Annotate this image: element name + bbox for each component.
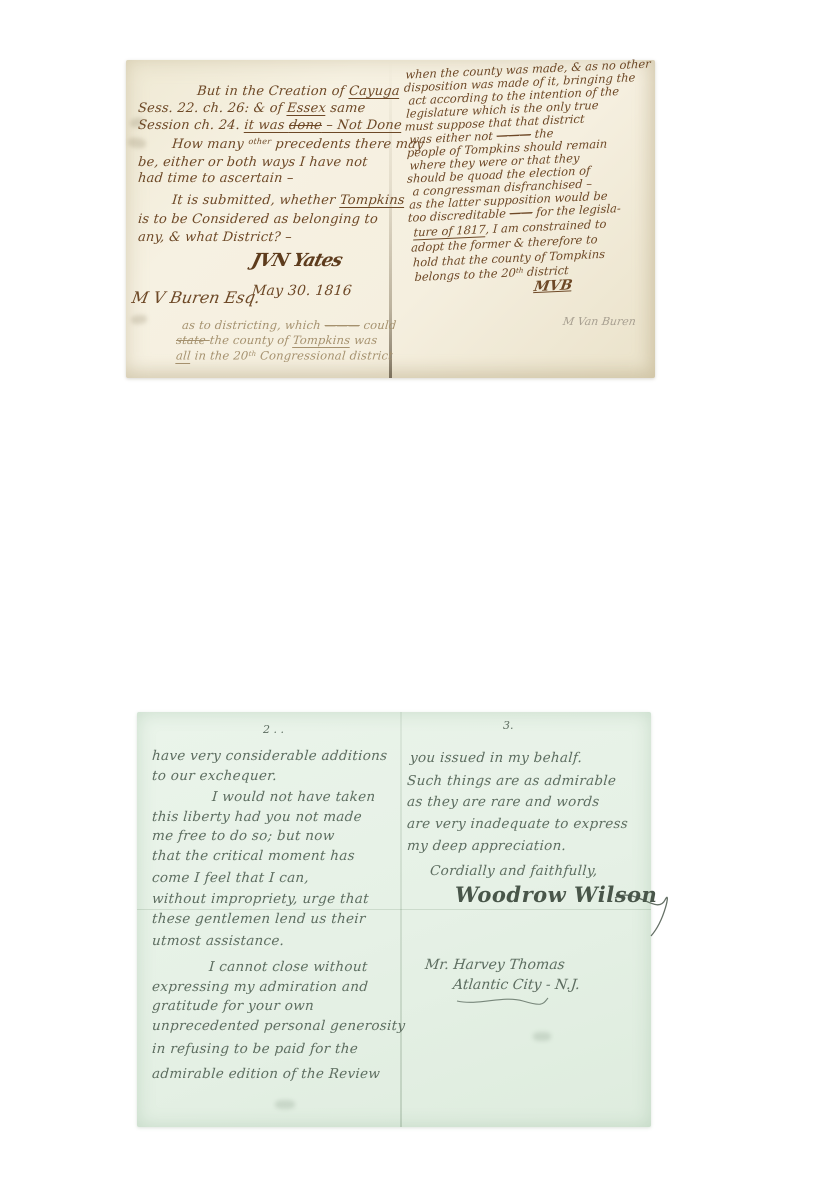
handwriting-line: But in the Creation of Cayuga bbox=[196, 85, 400, 98]
handwriting-line: in refusing to be paid for the bbox=[152, 1043, 359, 1057]
handwriting-segment: Essex bbox=[286, 101, 326, 116]
handwriting-segment: Tompkins bbox=[339, 193, 405, 208]
handwriting-segment: all bbox=[175, 349, 191, 363]
handwriting-line: Such things are as admirable bbox=[407, 775, 617, 789]
faint-pencil-mark bbox=[533, 1032, 551, 1041]
handwriting-segment: It is submitted, whether bbox=[171, 193, 340, 208]
handwriting-line: as they are rare and words bbox=[407, 796, 600, 810]
handwriting-segment: Congressional district bbox=[256, 349, 394, 363]
addressee-van-buren: M V Buren Esq. bbox=[131, 290, 262, 306]
handwriting-line: had time to ascertain – bbox=[137, 172, 294, 185]
wilson-signature-block: Woodrow Wilson bbox=[455, 884, 657, 905]
handwriting-line-faint: state the county of Tompkins was bbox=[175, 335, 377, 347]
handwriting-segment: Session ch. 24. bbox=[137, 118, 245, 133]
page-number: 2 . . bbox=[263, 724, 284, 735]
handwriting-line: be, either or both ways I have not bbox=[137, 156, 368, 169]
van-buren-monogram: MVB bbox=[533, 278, 574, 294]
handwriting-segment: done bbox=[288, 118, 322, 133]
handwriting-line: my deep appreciation. bbox=[407, 840, 567, 854]
handwriting-line: without impropriety, urge that bbox=[152, 893, 370, 907]
handwriting-segment: same bbox=[325, 101, 366, 116]
handwriting-line: It is submitted, whether Tompkins bbox=[171, 194, 405, 207]
handwriting-line: you issued in my behalf. bbox=[410, 752, 583, 766]
yates-signature: JVN Yates bbox=[250, 252, 344, 270]
handwriting-line: come I feel that I can, bbox=[152, 872, 310, 886]
handwriting-segment: as to districting, which bbox=[181, 318, 325, 332]
manuscript-date: May 30. 1816 bbox=[251, 284, 352, 298]
handwriting-segment: —— bbox=[509, 205, 533, 220]
wilson-letter-document: 2 . . have very considerable additions t… bbox=[137, 712, 651, 1127]
ink-showthrough-mark bbox=[127, 137, 146, 149]
handwriting-line: to our exchequer. bbox=[152, 770, 278, 784]
handwriting-segment: other bbox=[248, 137, 272, 146]
manuscript-1816-document: But in the Creation of Cayuga Sess. 22. … bbox=[126, 60, 655, 378]
handwriting-line: expressing my admiration and bbox=[152, 981, 369, 995]
horizontal-crease bbox=[137, 909, 651, 910]
handwriting-line: gratitude for your own bbox=[152, 1000, 315, 1014]
handwriting-segment: Cayuga bbox=[348, 84, 400, 99]
handwriting-line: is to be Considered as belonging to bbox=[137, 213, 378, 226]
handwriting-line: Sess. 22. ch. 26: & of Essex same bbox=[137, 102, 366, 115]
closing-line: Cordially and faithfully, bbox=[430, 865, 599, 879]
handwriting-segment: the county of bbox=[209, 333, 293, 347]
handwriting-line: admirable edition of the Review bbox=[152, 1068, 381, 1082]
handwriting-line: me free to do so; but now bbox=[152, 830, 335, 844]
handwriting-line: I cannot close without bbox=[209, 961, 368, 975]
handwriting-segment: – Not Done bbox=[321, 118, 402, 133]
pencil-annotation: M Van Buren bbox=[562, 316, 636, 327]
handwriting-segment: in the 20 bbox=[190, 349, 249, 363]
handwriting-segment: was bbox=[350, 333, 378, 347]
handwriting-segment: could bbox=[359, 318, 397, 332]
recipient-name: Mr. Harvey Thomas bbox=[424, 958, 565, 972]
catalog-page: But in the Creation of Cayuga Sess. 22. … bbox=[0, 0, 819, 1197]
address-flourish bbox=[455, 994, 551, 1008]
handwriting-line: How many other precedents there may bbox=[171, 138, 424, 151]
center-fold bbox=[400, 712, 402, 1127]
handwriting-segment: for the legisla- bbox=[532, 201, 621, 219]
handwriting-segment: Tompkins bbox=[292, 333, 351, 347]
handwriting-line: have very considerable additions bbox=[152, 750, 388, 764]
handwriting-line: any, & what District? – bbox=[137, 231, 292, 244]
page-number: 3. bbox=[503, 720, 514, 731]
handwriting-segment: district bbox=[523, 263, 569, 279]
handwriting-segment: be, either or both ways I have not bbox=[137, 155, 368, 170]
handwriting-segment: is to be Considered as belonging to bbox=[137, 212, 378, 227]
handwriting-line-faint: all in the 20th Congressional district bbox=[175, 350, 393, 362]
handwriting-segment: How many bbox=[171, 137, 248, 152]
handwriting-segment: Sess. 22. ch. 26: & of bbox=[137, 101, 287, 116]
handwriting-line: utmost assistance. bbox=[152, 935, 285, 949]
recipient-city: Atlantic City - N.J. bbox=[452, 978, 580, 992]
handwriting-line: unprecedented personal generosity bbox=[152, 1020, 406, 1034]
handwriting-line: that the critical moment has bbox=[152, 850, 356, 864]
handwriting-line: are very inadequate to express bbox=[407, 818, 629, 832]
handwriting-segment: any, & what District? – bbox=[137, 230, 292, 245]
handwriting-line: I would not have taken bbox=[212, 791, 376, 805]
handwriting-line: Session ch. 24. it was done – Not Done bbox=[137, 119, 402, 132]
signature-flourish bbox=[613, 890, 673, 942]
handwriting-line-faint: as to districting, which ——— could bbox=[181, 320, 396, 332]
handwriting-segment: had time to ascertain – bbox=[137, 171, 294, 186]
handwriting-line: this liberty had you not made bbox=[152, 811, 363, 825]
handwriting-segment: ——— bbox=[324, 318, 360, 332]
handwriting-segment: it was bbox=[244, 118, 290, 133]
faint-pencil-mark bbox=[275, 1100, 295, 1109]
handwriting-line: these gentlemen lend us their bbox=[152, 913, 367, 927]
ink-showthrough-mark bbox=[131, 314, 148, 325]
handwriting-segment: state bbox=[175, 333, 210, 347]
handwriting-segment: But in the Creation of bbox=[196, 84, 349, 99]
